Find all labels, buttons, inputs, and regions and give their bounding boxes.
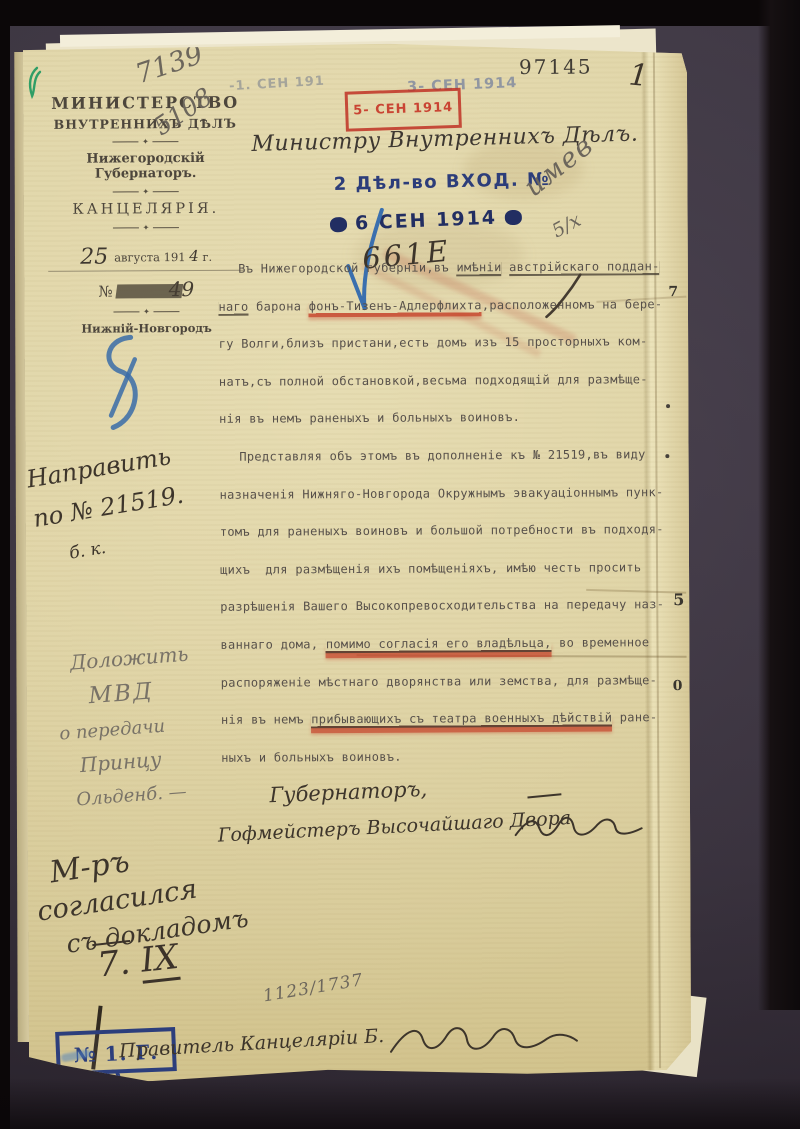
typed-line: ваннаго дома, помимо согласія его владѣл… <box>220 624 676 664</box>
typed-text: ныхъ и больныхъ воиновъ. <box>221 749 402 764</box>
typed-text-underlined: фонъ-Тизенъ-Адлерфлихта <box>309 298 482 313</box>
typed-text-underlined: помимо согласія его владѣльца, <box>326 636 552 651</box>
agreement-date-month: IX <box>139 937 181 984</box>
edge-dot <box>665 454 669 458</box>
margin-note-line: Доложить <box>69 638 232 674</box>
edge-dot <box>666 404 670 408</box>
margin-note-line: Принцу <box>79 741 240 777</box>
handwritten-day: 25 <box>80 245 108 270</box>
typed-line: томъ для раненыхъ воиновъ и большой потр… <box>220 511 676 551</box>
typed-text: Въ Нижегородской губерніи,въ <box>238 260 456 275</box>
typed-text <box>502 260 510 274</box>
typed-line: гу Волги,близъ пристани,есть домъ изъ 15… <box>219 323 675 363</box>
signature-title: Губернаторъ, <box>269 777 428 807</box>
signature-dash <box>527 793 561 798</box>
typed-text: во временное <box>552 635 650 650</box>
edge-number: 5 <box>673 590 684 609</box>
typed-line: наго барона фонъ-Тизенъ-Адлерфлихта,расп… <box>218 286 674 326</box>
typed-text: щихъ для размѣщенія ихъ помѣщеніяхъ, имѣ… <box>220 560 641 577</box>
ornament-glyph: ✦ <box>143 223 150 232</box>
archival-document-photo: МИНИСТЕРСТВО ВНУТРЕННИХЪ ДѢЛЪ ✦ Нижегоро… <box>0 0 800 1129</box>
typed-line: разрѣшенія Вашего Высокопревосходительст… <box>220 586 676 626</box>
red-date-stamp-text: 5- СЕН 1914 <box>353 100 453 118</box>
typed-text: назначенія Нижняго-Новгорода Окружнымъ э… <box>220 485 664 502</box>
ink-tick-mark-icon <box>544 273 584 321</box>
typed-text-underlined: имѣніи <box>456 260 501 274</box>
blue-pencil-monogram-icon <box>91 331 152 435</box>
margin-note-line: МВД <box>88 672 236 709</box>
printed-month: августа 191 <box>114 250 185 264</box>
pencil-number-bottom: 1123/1737 <box>262 970 365 1006</box>
margin-note-line: о передачи <box>59 710 238 744</box>
typed-text: натъ,съ полной обстановкой,весьма подход… <box>219 372 648 389</box>
number-label: № <box>98 282 112 300</box>
typed-text: гу Волги,близъ пристани,есть домъ изъ 15… <box>219 334 648 351</box>
green-check-mark-icon <box>25 66 45 100</box>
letterhead-ministry-line2: ВНУТРЕННИХЪ ДѢЛЪ <box>47 116 243 132</box>
handwritten-number: 49 <box>169 277 195 301</box>
bottom-shadow <box>0 1078 800 1129</box>
document-page: МИНИСТЕРСТВО ВНУТРЕННИХЪ ДѢЛЪ ✦ Нижегоро… <box>23 42 693 1082</box>
letterhead-number-line: №49 <box>48 277 244 302</box>
typed-line: нія въ немъ раненыхъ и больныхъ воиновъ. <box>219 398 675 438</box>
typed-line: ныхъ и больныхъ воиновъ. <box>221 737 677 777</box>
archive-number: 97145 <box>519 55 593 79</box>
typed-text: Представляя объ этомъ въ дополненіе къ №… <box>239 447 645 463</box>
typed-text: томъ для раненыхъ воиновъ и большой потр… <box>220 522 664 539</box>
letterhead: МИНИСТЕРСТВО ВНУТРЕННИХЪ ДѢЛЪ ✦ Нижегоро… <box>47 89 244 336</box>
ornament-divider-icon: ✦ <box>48 223 244 233</box>
typed-line: Представляя объ этомъ въ дополненіе къ №… <box>219 436 675 476</box>
typed-line: назначенія Нижняго-Новгорода Окружнымъ э… <box>219 474 675 514</box>
body-text: Въ Нижегородской губерніи,въ имѣніи авст… <box>218 248 677 777</box>
margin-note-report: Доложить МВД о передачи Принцу Ольденб. … <box>41 638 243 812</box>
printed-year-suffix: г. <box>202 250 212 264</box>
stamp-ink-blob <box>505 209 523 225</box>
typed-line: натъ,съ полной обстановкой,весьма подход… <box>219 361 675 401</box>
ornament-divider-icon: ✦ <box>48 307 244 317</box>
ornament-glyph: ✦ <box>142 187 149 196</box>
clerk-signature-flourish <box>389 1021 579 1062</box>
typed-text-underlined: австрійскаго поддан- <box>509 259 660 274</box>
typed-text: распоряженіе мѣстнаго дворянства или зем… <box>221 673 658 690</box>
letterhead-chancery: КАНЦЕЛЯРІЯ. <box>48 201 244 218</box>
typed-text-underlined: наго <box>218 299 248 313</box>
edge-number: 0 <box>673 678 683 694</box>
typed-text: разрѣшенія Вашего Высокопревосходительст… <box>220 597 664 614</box>
page-corner-mark: 1 <box>627 57 649 94</box>
typed-line: нія въ немъ прибывающихъ съ театра военн… <box>221 699 677 739</box>
edge-number: 7 <box>668 284 678 300</box>
typed-text: барона <box>249 299 309 313</box>
handwritten-year-digit: 4 <box>189 247 199 265</box>
red-date-stamp-box: 5- СЕН 1914 <box>345 88 462 132</box>
typed-line: распоряженіе мѣстнаго дворянства или зем… <box>221 662 677 702</box>
agreement-date: 7.IX <box>92 937 180 986</box>
typed-text-underlined: прибывающихъ съ театра военныхъ дѣйствій <box>311 711 612 727</box>
binding-shadow-strip <box>758 0 800 1010</box>
ornament-glyph: ✦ <box>142 137 149 146</box>
ornament-divider-icon: ✦ <box>48 187 244 197</box>
governor-signature-flourish <box>514 810 644 845</box>
typed-line: щихъ для размѣщенія ихъ помѣщеніяхъ, имѣ… <box>220 549 676 589</box>
typed-text: нія въ немъ раненыхъ и больныхъ воиновъ. <box>219 410 520 426</box>
typed-line: Въ Нижегородской губерніи,въ имѣніи авст… <box>218 248 674 288</box>
typed-text: ране- <box>612 710 657 724</box>
ornament-glyph: ✦ <box>143 307 150 316</box>
letterhead-date-line: 25августа 191 4 г. <box>48 242 244 272</box>
typed-text: ваннаго дома, <box>220 637 325 652</box>
agreement-date-day: 7. <box>92 940 135 986</box>
pencil-fraction: 5/х <box>548 209 584 242</box>
ornament-divider-icon: ✦ <box>47 137 243 147</box>
letterhead-governor: Нижегородскій Губернаторъ. <box>47 151 243 182</box>
faint-date-stamp: -1. СЕН 191 <box>229 74 326 95</box>
margin-note-line: Ольденб. — <box>76 777 243 811</box>
